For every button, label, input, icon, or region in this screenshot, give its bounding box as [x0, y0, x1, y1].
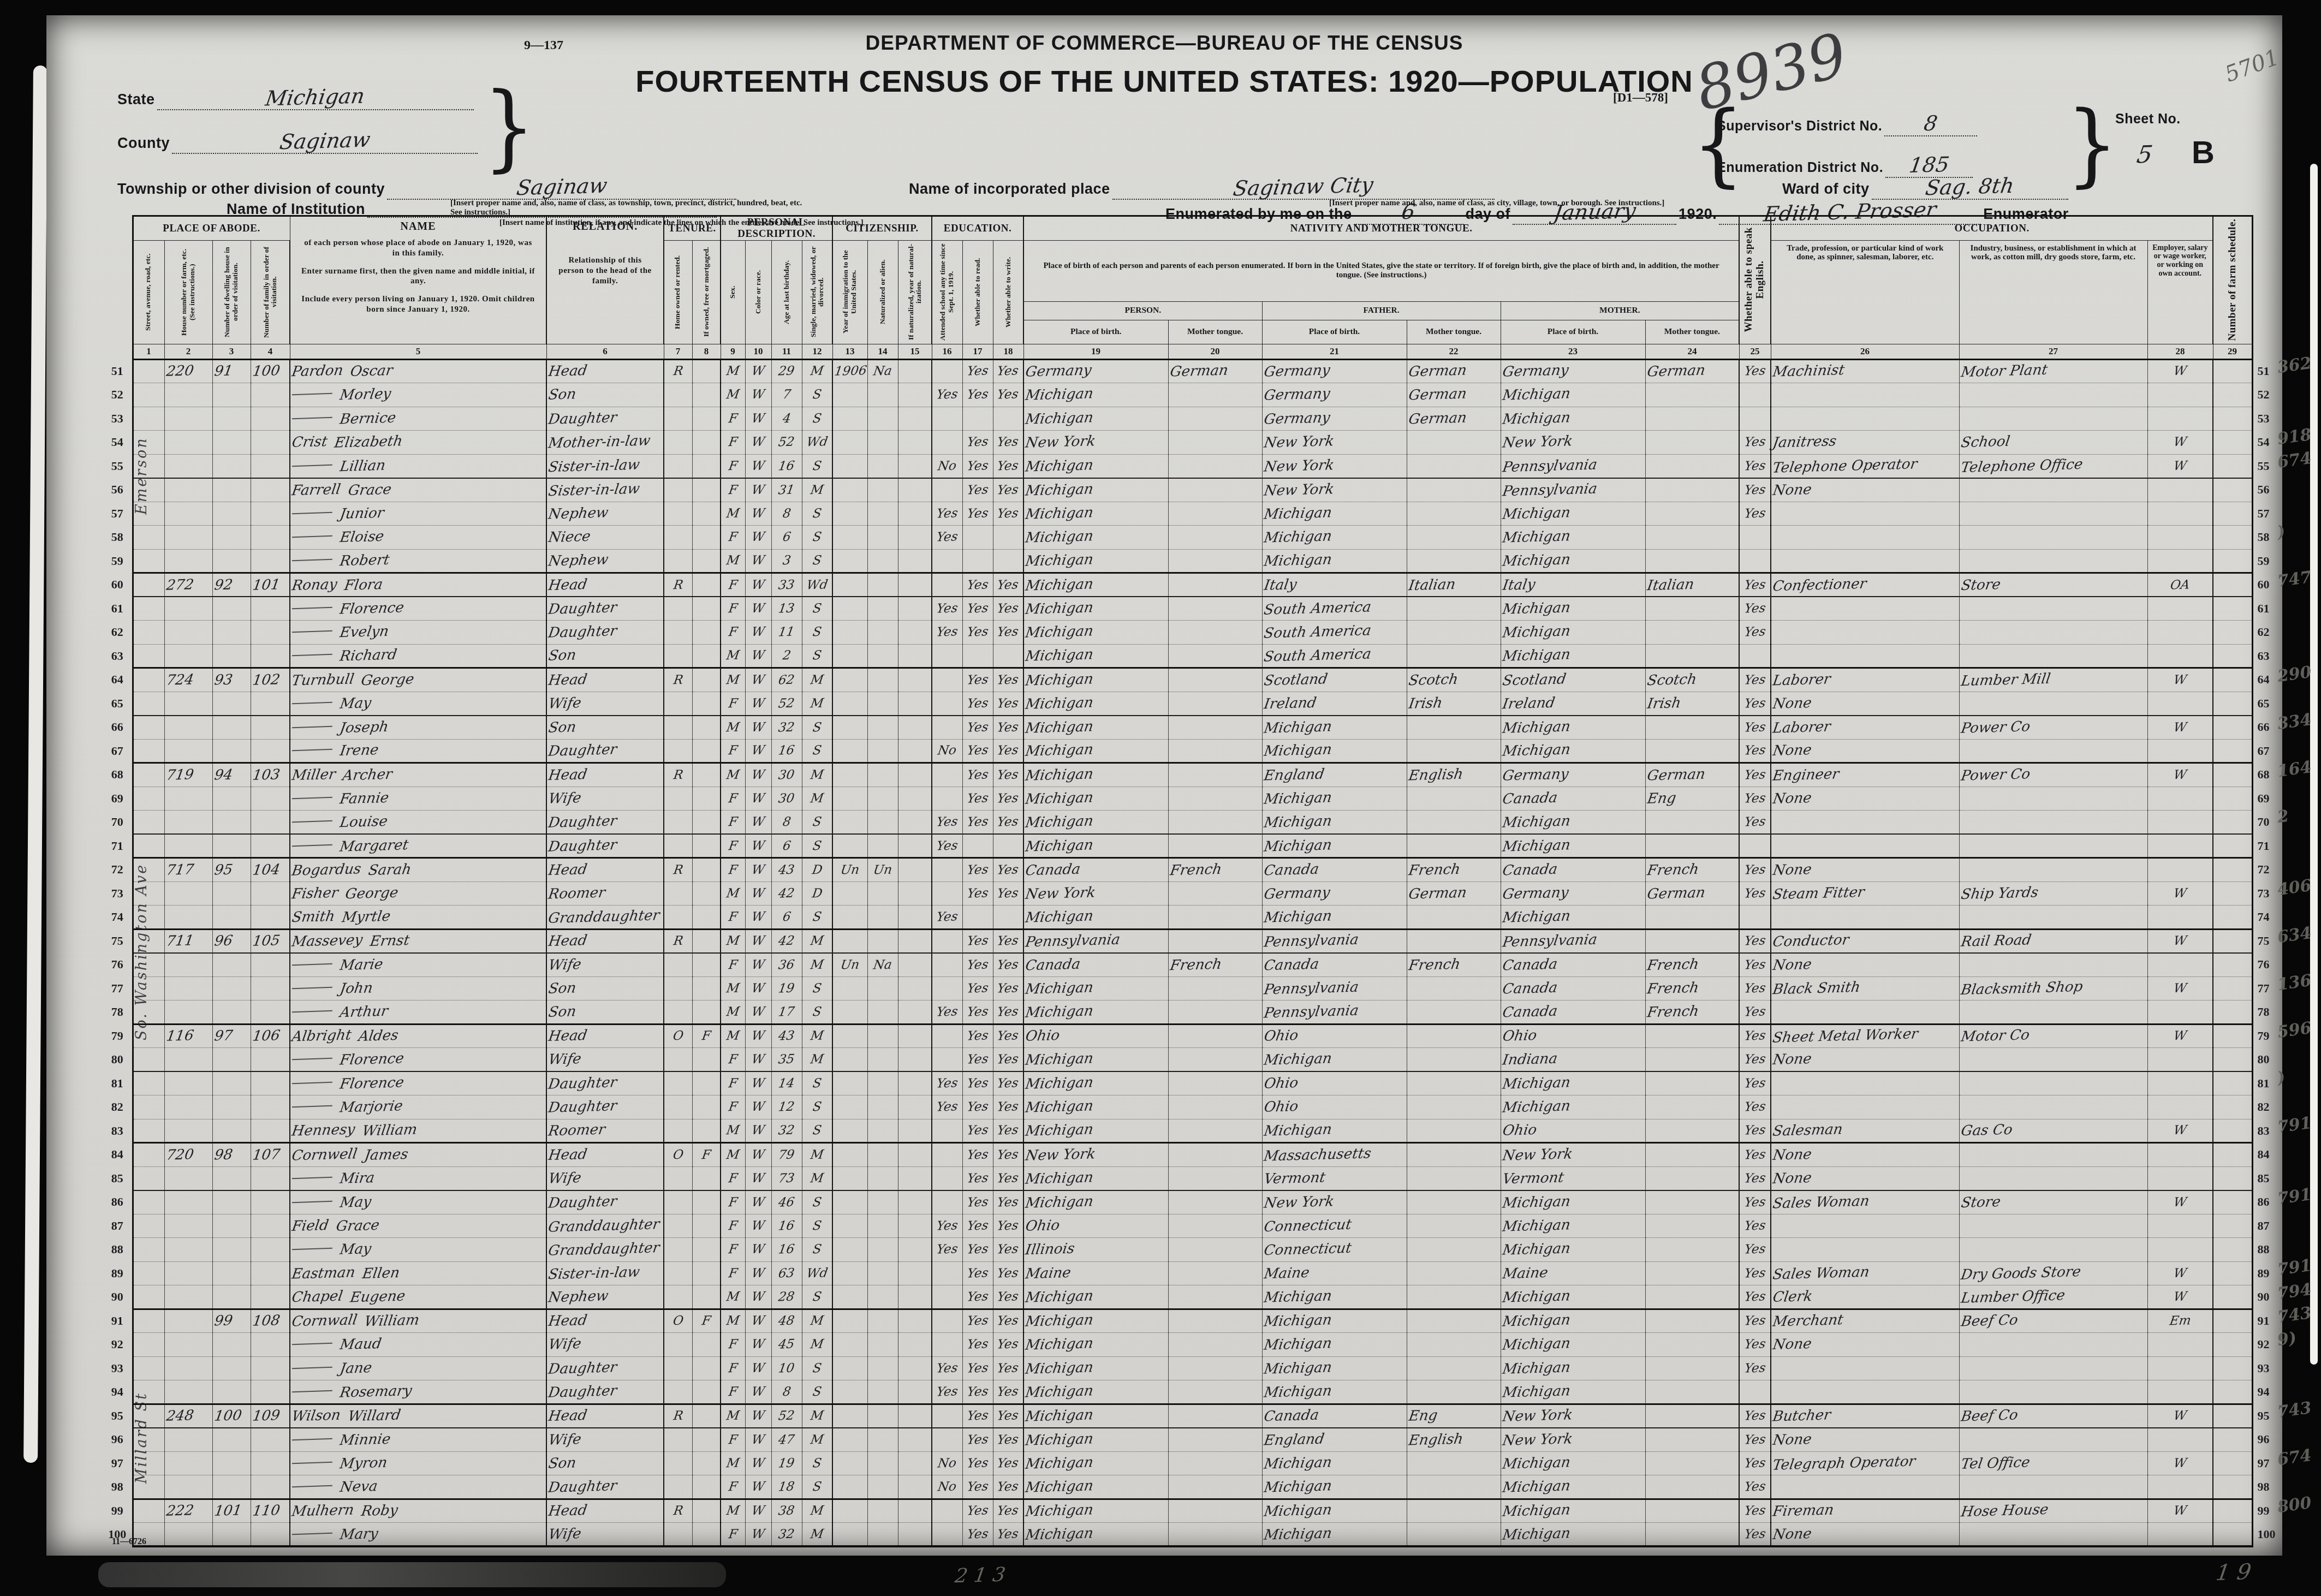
cell-marital-status: M: [802, 1499, 832, 1523]
cell-speaks-english: Yes: [1739, 1048, 1771, 1072]
cell-person-birthplace: Michigan: [1023, 811, 1168, 835]
line-number-left: 58: [103, 526, 133, 550]
cell-marital-status: Wd: [802, 431, 832, 455]
cell-age: 28: [771, 1285, 802, 1309]
cell-sex: M: [721, 383, 745, 407]
margin-pencil-number: 2: [2276, 806, 2290, 827]
cell-employer-class: [2147, 383, 2213, 407]
cell-farm-schedule: [2213, 811, 2252, 835]
line-number-right: 88: [2252, 1238, 2285, 1262]
cell-house-number: [164, 383, 212, 407]
cell-tenure: [664, 407, 692, 431]
cell-name: Florence: [290, 1048, 546, 1072]
cell-race: W: [745, 454, 771, 478]
surname: Albright: [291, 1027, 353, 1045]
cell-speaks-english: [1739, 407, 1771, 431]
cell-age: 42: [771, 882, 802, 906]
cell-name: Jane: [290, 1356, 546, 1380]
cell-owned-free: [692, 502, 721, 526]
cell-relation: Daughter: [546, 1475, 664, 1499]
column-number: 20: [1168, 344, 1262, 359]
cell-tenure: [664, 976, 692, 1001]
line-number-right: 73406: [2252, 882, 2285, 906]
cell-person-mother-tongue: [1168, 763, 1262, 787]
cell-dwelling-number: [212, 1451, 251, 1475]
cell-sex: F: [721, 1071, 745, 1095]
cell-trade: Confectioner: [1771, 573, 1959, 597]
cell-able-to-write: Yes: [993, 1214, 1023, 1238]
cell-industry: Ship Yards: [1959, 882, 2147, 906]
cell-employer-class: [2147, 953, 2213, 977]
given-name: May: [339, 1194, 373, 1211]
cell-speaks-english: Yes: [1739, 597, 1771, 621]
cell-trade: Merchant: [1771, 1309, 1959, 1333]
cell-able-to-write: Yes: [993, 1309, 1023, 1333]
cell-speaks-english: Yes: [1739, 811, 1771, 835]
cell-street: [133, 1238, 164, 1262]
family-number-column-header: Num­ber of family in order of vis­ita­ti…: [251, 240, 290, 344]
cell-employer-class: [2147, 1333, 2213, 1357]
line-number-left: 69: [103, 787, 133, 811]
mother-subgroup: MOTHER.: [1501, 301, 1739, 320]
cell-owned-free: [692, 976, 721, 1001]
line-number-right: 78: [2252, 1001, 2285, 1025]
line-number-left: 76: [103, 953, 133, 977]
cell-immigration-year: Un: [832, 953, 867, 977]
cell-owned-free: [692, 1404, 721, 1428]
cell-able-to-write: Yes: [993, 431, 1023, 455]
cell-father-mother-tongue: German: [1407, 383, 1501, 407]
cell-immigration-year: [832, 716, 867, 740]
cell-sex: M: [721, 882, 745, 906]
cell-employer-class: W: [2147, 1024, 2213, 1048]
father-subgroup: FATHER.: [1262, 301, 1501, 320]
cell-speaks-english: [1739, 549, 1771, 573]
nativity-instructions: Place of birth of each person and parent…: [1023, 240, 1739, 301]
cell-family-number: [251, 882, 290, 906]
cell-owned-free: [692, 1071, 721, 1095]
cell-naturalized: [867, 1048, 898, 1072]
cell-family-number: [251, 1071, 290, 1095]
table-row: 53BerniceDaughterFW4SMichiganGermanyGerm…: [103, 407, 2285, 431]
name-group-title: NAME: [300, 220, 537, 234]
cell-house-number: 720: [164, 1143, 212, 1167]
cell-employer-class: W: [2147, 882, 2213, 906]
cell-mother-birthplace: Michigan: [1501, 1499, 1645, 1523]
cell-person-birthplace: Germany: [1023, 359, 1168, 383]
cell-tenure: [664, 431, 692, 455]
cell-race: W: [745, 811, 771, 835]
cell-able-to-read: Yes: [962, 478, 993, 502]
cell-naturalized: [867, 1333, 898, 1357]
cell-age: 35: [771, 1048, 802, 1072]
cell-industry: [1959, 692, 2147, 716]
cell-immigration-year: [832, 549, 867, 573]
cell-person-birthplace: Michigan: [1023, 1428, 1168, 1452]
cell-trade: [1771, 526, 1959, 550]
cell-able-to-write: Yes: [993, 1024, 1023, 1048]
cell-mother-birthplace: Michigan: [1501, 1071, 1645, 1095]
cell-able-to-read: Yes: [962, 1095, 993, 1119]
cell-owned-free: [692, 692, 721, 716]
cell-person-mother-tongue: [1168, 502, 1262, 526]
cell-industry: [1959, 858, 2147, 882]
scan-page-edge: [23, 65, 47, 1463]
column-number: 4: [251, 344, 290, 359]
cell-speaks-english: Yes: [1739, 1001, 1771, 1025]
cell-mother-birthplace: Michigan: [1501, 739, 1645, 763]
cell-sex: M: [721, 1451, 745, 1475]
cell-age: 31: [771, 478, 802, 502]
cell-industry: Power Co: [1959, 763, 2147, 787]
cell-dwelling-number: [212, 383, 251, 407]
cell-mother-birthplace: Michigan: [1501, 1238, 1645, 1262]
cell-relation: Head: [546, 1499, 664, 1523]
table-row: 78ArthurSonMW17SYesYesYesMichiganPennsyl…: [103, 1001, 2285, 1025]
column-number: 9: [721, 344, 745, 359]
cell-farm-schedule: [2213, 597, 2252, 621]
cell-owned-free: [692, 549, 721, 573]
cell-dwelling-number: [212, 1095, 251, 1119]
cell-able-to-read: Yes: [962, 953, 993, 977]
able-to-read-column-header: Whether able to read.: [962, 240, 993, 344]
cell-father-mother-tongue: [1407, 1309, 1501, 1333]
table-row: 56FarrellGraceSister-in-lawFW31MYesYesMi…: [103, 478, 2285, 502]
cell-person-mother-tongue: [1168, 692, 1262, 716]
cell-age: 30: [771, 787, 802, 811]
cell-industry: Rail Road: [1959, 929, 2147, 953]
cell-name: FarrellGrace: [290, 478, 546, 502]
cell-dwelling-number: [212, 1166, 251, 1190]
cell-able-to-read: Yes: [962, 1451, 993, 1475]
cell-relation: Sister-in-law: [546, 478, 664, 502]
cell-race: W: [745, 763, 771, 787]
cell-industry: [1959, 787, 2147, 811]
line-number-right: 84: [2252, 1143, 2285, 1167]
table-row: 59RobertNephewMW3SMichiganMichiganMichig…: [103, 549, 2285, 573]
cell-farm-schedule: [2213, 431, 2252, 455]
cell-speaks-english: Yes: [1739, 1428, 1771, 1452]
cell-mother-birthplace: Canada: [1501, 953, 1645, 977]
line-number-right: 69: [2252, 787, 2285, 811]
cell-naturalized: [867, 1285, 898, 1309]
cell-family-number: [251, 1119, 290, 1143]
cell-dwelling-number: [212, 1190, 251, 1214]
cell-person-birthplace: Michigan: [1023, 644, 1168, 668]
ditto-mark: [292, 411, 332, 419]
cell-house-number: [164, 1119, 212, 1143]
cell-able-to-write: Yes: [993, 1048, 1023, 1072]
left-line-number-header: [103, 216, 133, 360]
cell-dwelling-number: [212, 1380, 251, 1404]
cell-marital-status: S: [802, 1451, 832, 1475]
cell-father-birthplace: Michigan: [1262, 811, 1407, 835]
column-number: 7: [664, 344, 692, 359]
cell-able-to-write: Yes: [993, 1356, 1023, 1380]
cell-speaks-english: Yes: [1739, 929, 1771, 953]
cell-mother-birthplace: Michigan: [1501, 502, 1645, 526]
cell-trade: [1771, 597, 1959, 621]
cell-owned-free: [692, 1119, 721, 1143]
cell-relation: Head: [546, 1404, 664, 1428]
cell-marital-status: D: [802, 882, 832, 906]
cell-able-to-read: Yes: [962, 454, 993, 478]
cell-mother-birthplace: Indiana: [1501, 1048, 1645, 1072]
cell-trade: [1771, 1071, 1959, 1095]
cell-marital-status: S: [802, 1071, 832, 1095]
cell-attended-school: No: [932, 454, 962, 478]
cell-relation: Nephew: [546, 502, 664, 526]
given-name: Myrtle: [341, 908, 392, 926]
cell-mother-mother-tongue: [1645, 1071, 1739, 1095]
cell-name: Myron: [290, 1451, 546, 1475]
cell-sex: M: [721, 668, 745, 692]
line-number-right: 71: [2252, 834, 2285, 858]
line-number-left: 99: [103, 1499, 133, 1523]
cell-mother-mother-tongue: [1645, 1166, 1739, 1190]
cell-naturalized: [867, 1071, 898, 1095]
cell-naturalized: [867, 1499, 898, 1523]
ditto-mark: [292, 720, 332, 728]
cell-father-birthplace: Michigan: [1262, 1356, 1407, 1380]
cell-father-birthplace: New York: [1262, 478, 1407, 502]
cell-trade: [1771, 383, 1959, 407]
cell-able-to-read: Yes: [962, 1285, 993, 1309]
table-row: 80FlorenceWifeFW35MYesYesMichiganMichiga…: [103, 1048, 2285, 1072]
cell-house-number: [164, 1095, 212, 1119]
cell-name: BogardusSarah: [290, 858, 546, 882]
relation-group-title: RELATION.: [556, 220, 654, 234]
cell-naturalization-year: [898, 692, 932, 716]
cell-age: 43: [771, 1024, 802, 1048]
given-name: Fannie: [339, 790, 390, 807]
cell-industry: [1959, 739, 2147, 763]
cell-person-mother-tongue: [1168, 1380, 1262, 1404]
cell-father-birthplace: Germany: [1262, 383, 1407, 407]
surname: Eastman: [291, 1264, 356, 1282]
cell-naturalized: [867, 811, 898, 835]
cell-father-birthplace: Michigan: [1262, 1048, 1407, 1072]
cell-relation: Daughter: [546, 834, 664, 858]
cell-immigration-year: [832, 1261, 867, 1285]
cell-mother-birthplace: Michigan: [1501, 1214, 1645, 1238]
cell-race: W: [745, 1404, 771, 1428]
cell-sex: M: [721, 716, 745, 740]
cell-naturalization-year: [898, 526, 932, 550]
cell-immigration-year: [832, 882, 867, 906]
cell-employer-class: W: [2147, 976, 2213, 1001]
cell-dwelling-number: 99: [212, 1309, 251, 1333]
given-name: Jane: [339, 1360, 373, 1377]
table-row: 9199108CornwallWilliamHeadOFMW48MYesYesM…: [103, 1309, 2285, 1333]
cell-dwelling-number: 94: [212, 763, 251, 787]
cell-age: 47: [771, 1428, 802, 1452]
cell-able-to-write: Yes: [993, 478, 1023, 502]
cell-farm-schedule: [2213, 739, 2252, 763]
cell-employer-class: [2147, 621, 2213, 645]
cell-dwelling-number: [212, 597, 251, 621]
cell-able-to-write: Yes: [993, 1285, 1023, 1309]
sd-line: Supervisor's District No. 8: [1717, 111, 1977, 136]
cell-employer-class: [2147, 1356, 2213, 1380]
cell-naturalization-year: [898, 1451, 932, 1475]
cell-father-birthplace: Michigan: [1262, 1499, 1407, 1523]
cell-employer-class: [2147, 502, 2213, 526]
cell-dwelling-number: 97: [212, 1024, 251, 1048]
cell-employer-class: [2147, 1143, 2213, 1167]
cell-relation: Head: [546, 359, 664, 383]
cell-farm-schedule: [2213, 976, 2252, 1001]
cell-father-mother-tongue: [1407, 478, 1501, 502]
cell-marital-status: S: [802, 906, 832, 930]
cell-name: MillerArcher: [290, 763, 546, 787]
cell-father-birthplace: Germany: [1262, 359, 1407, 383]
cell-naturalized: [867, 1523, 898, 1547]
cell-family-number: 100: [251, 359, 290, 383]
cell-industry: [1959, 1071, 2147, 1095]
cell-father-birthplace: Vermont: [1262, 1166, 1407, 1190]
cell-person-birthplace: New York: [1023, 882, 1168, 906]
cell-house-number: [164, 1238, 212, 1262]
surname: Farrell: [291, 481, 342, 498]
cell-family-number: [251, 716, 290, 740]
father-mother-tongue-header: Mother tongue.: [1407, 320, 1501, 344]
sheet-letter: B: [2192, 134, 2215, 171]
cell-race: W: [745, 526, 771, 550]
cell-able-to-read: [962, 834, 993, 858]
cell-mother-birthplace: Michigan: [1501, 383, 1645, 407]
sheet-value: 5: [2135, 141, 2155, 169]
cell-employer-class: [2147, 1166, 2213, 1190]
district-brace-open: {: [1692, 92, 1744, 196]
cell-age: 2: [771, 644, 802, 668]
given-name: Archer: [342, 766, 394, 784]
cell-immigration-year: [832, 763, 867, 787]
cell-race: W: [745, 1309, 771, 1333]
cell-tenure: [664, 1119, 692, 1143]
cell-attended-school: [932, 573, 962, 597]
cell-street: [133, 359, 164, 383]
cell-speaks-english: Yes: [1739, 478, 1771, 502]
cell-house-number: [164, 1071, 212, 1095]
cell-mother-birthplace: Michigan: [1501, 1356, 1645, 1380]
line-number-right: 702: [2252, 811, 2285, 835]
form-number: 11—6726: [112, 1537, 146, 1547]
cell-house-number: [164, 834, 212, 858]
cell-house-number: [164, 976, 212, 1001]
table-row: 63RichardSonMW2SMichiganSouth AmericaMic…: [103, 644, 2285, 668]
cell-name: May: [290, 1190, 546, 1214]
owned-free-column-header: If owned, free or mort­gaged.: [692, 240, 721, 344]
cell-able-to-write: Yes: [993, 454, 1023, 478]
cell-naturalized: [867, 976, 898, 1001]
cell-mother-mother-tongue: Irish: [1645, 692, 1739, 716]
nativity-group: NATIVITY AND MOTHER TONGUE.: [1023, 216, 1739, 241]
cell-speaks-english: Yes: [1739, 858, 1771, 882]
cell-tenure: [664, 1071, 692, 1095]
cell-person-birthplace: Michigan: [1023, 1119, 1168, 1143]
cell-name: TurnbullGeorge: [290, 668, 546, 692]
cell-person-mother-tongue: [1168, 407, 1262, 431]
cell-employer-class: [2147, 407, 2213, 431]
line-number-left: 75: [103, 929, 133, 953]
cell-relation: Daughter: [546, 1095, 664, 1119]
cell-sex: M: [721, 1143, 745, 1167]
cell-speaks-english: Yes: [1739, 1166, 1771, 1190]
cell-father-birthplace: South America: [1262, 621, 1407, 645]
cell-attended-school: Yes: [932, 834, 962, 858]
cell-father-mother-tongue: [1407, 1119, 1501, 1143]
cell-mother-mother-tongue: [1645, 454, 1739, 478]
cell-owned-free: [692, 929, 721, 953]
cell-employer-class: [2147, 1380, 2213, 1404]
line-number-right: 89791: [2252, 1261, 2285, 1285]
cell-street: [133, 573, 164, 597]
line-number-right: 90794: [2252, 1285, 2285, 1309]
cell-person-birthplace: Michigan: [1023, 1451, 1168, 1475]
cell-dwelling-number: [212, 644, 251, 668]
cell-able-to-write: Yes: [993, 573, 1023, 597]
immigration-year-column-header: Year of immigra­tion to the Unit­ed Stat…: [832, 240, 867, 344]
given-name: May: [339, 1241, 373, 1258]
cell-race: W: [745, 1499, 771, 1523]
table-row: 71MargaretDaughterFW6SYesMichiganMichiga…: [103, 834, 2285, 858]
line-number-left: 65: [103, 692, 133, 716]
cell-able-to-write: Yes: [993, 1071, 1023, 1095]
cell-tenure: O: [664, 1024, 692, 1048]
cell-father-birthplace: England: [1262, 1428, 1407, 1452]
cell-farm-schedule: [2213, 1166, 2252, 1190]
cell-able-to-read: Yes: [962, 1071, 993, 1095]
line-number-right: 98: [2252, 1475, 2285, 1499]
cell-owned-free: [692, 1380, 721, 1404]
cell-farm-schedule: [2213, 906, 2252, 930]
ditto-mark: [292, 625, 332, 633]
cell-able-to-read: Yes: [962, 787, 993, 811]
cell-mother-birthplace: Michigan: [1501, 811, 1645, 835]
cell-farm-schedule: [2213, 1071, 2252, 1095]
ditto-mark: [292, 1171, 332, 1179]
cell-race: W: [745, 573, 771, 597]
line-number-left: 83: [103, 1119, 133, 1143]
ditto-mark: [292, 648, 332, 657]
cell-father-mother-tongue: [1407, 906, 1501, 930]
cell-person-birthplace: Michigan: [1023, 1333, 1168, 1357]
cell-tenure: [664, 1048, 692, 1072]
cell-attended-school: Yes: [932, 502, 962, 526]
margin-pencil-number: 362: [2276, 354, 2312, 377]
line-number-left: 95: [103, 1404, 133, 1428]
cell-dwelling-number: [212, 1071, 251, 1095]
cell-person-mother-tongue: [1168, 573, 1262, 597]
ditto-mark: [292, 1337, 332, 1345]
cell-dwelling-number: [212, 621, 251, 645]
cell-trade: None: [1771, 1428, 1959, 1452]
cell-relation: Daughter: [546, 1380, 664, 1404]
given-name: Evelyn: [339, 623, 390, 641]
cell-naturalized: [867, 502, 898, 526]
cell-immigration-year: [832, 976, 867, 1001]
cell-trade: Steam Fitter: [1771, 882, 1959, 906]
cell-age: 7: [771, 383, 802, 407]
line-number-left: 72: [103, 858, 133, 882]
cell-house-number: [164, 953, 212, 977]
line-number-left: 54: [103, 431, 133, 455]
margin-pencil-number: 9): [2276, 1328, 2298, 1350]
cell-naturalization-year: [898, 787, 932, 811]
cell-street: [133, 621, 164, 645]
cell-speaks-english: Yes: [1739, 1451, 1771, 1475]
